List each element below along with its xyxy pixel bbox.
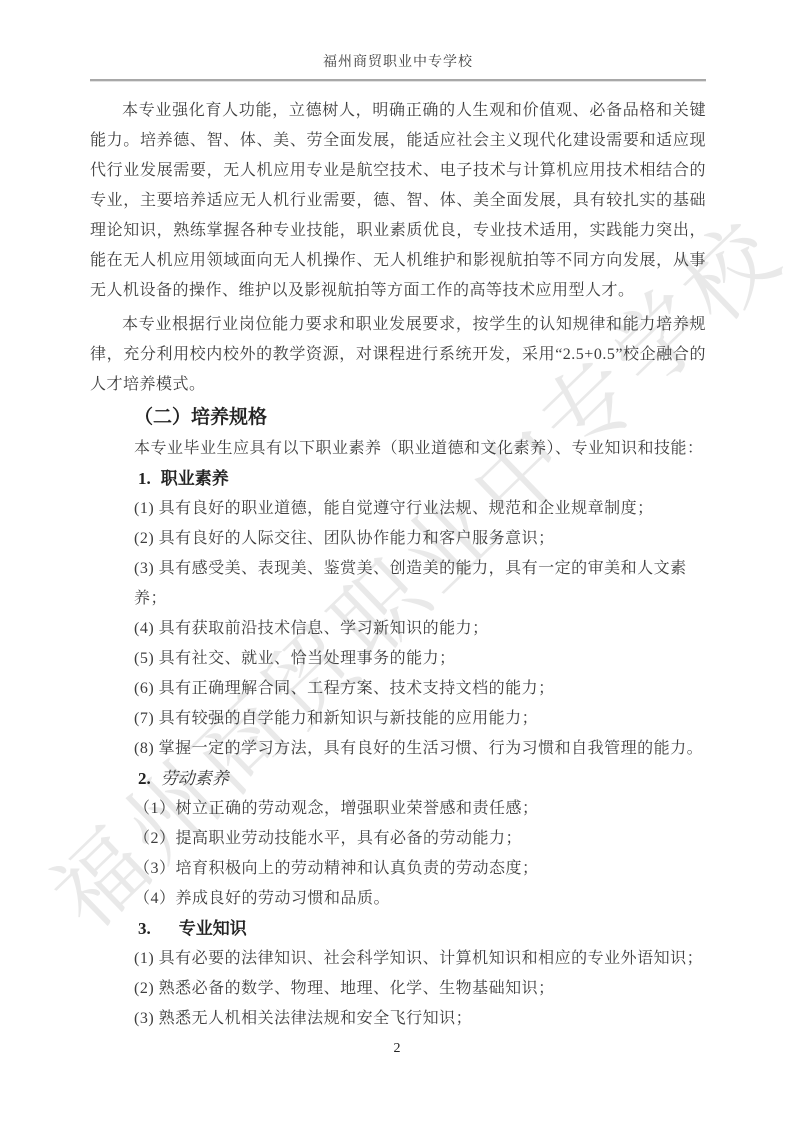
header-rule: [90, 79, 706, 82]
list-item: (2) 具有良好的人际交往、团队协作能力和客户服务意识；: [90, 524, 706, 554]
page-content: 福州商贸职业中专学校 本专业强化育人功能，立德树人，明确正确的人生观和价值观、必…: [0, 0, 794, 1034]
list-item: （4）养成良好的劳动习惯和品质。: [90, 884, 706, 914]
list-item: （1）树立正确的劳动观念，增强职业荣誉感和责任感；: [90, 794, 706, 824]
header-school-name: 福州商贸职业中专学校: [90, 54, 706, 72]
list-item: (8) 掌握一定的学习方法，具有良好的生活习惯、行为习惯和自我管理的能力。: [90, 734, 706, 764]
intro-sentence: 本专业毕业生应具有以下职业素养（职业道德和文化素养）、专业知识和技能：: [90, 434, 706, 464]
list-item: (4) 具有获取前沿技术信息、学习新知识的能力；: [90, 614, 706, 644]
list-item: (1) 具有必要的法律知识、社会科学知识、计算机知识和相应的专业外语知识；: [90, 944, 706, 974]
page-number: 2: [0, 1041, 794, 1057]
subsection-title: 劳动素养: [161, 769, 229, 788]
subsection-title: 职业素养: [161, 469, 229, 488]
list-item: (1) 具有良好的职业道德，能自觉遵守行业法规、规范和企业规章制度；: [90, 494, 706, 524]
paragraph: 本专业根据行业岗位能力要求和职业发展要求，按学生的认知规律和能力培养规律，充分利…: [90, 310, 706, 400]
list-item: (6) 具有正确理解合同、工程方案、技术支持文档的能力；: [90, 674, 706, 704]
section-heading: （二）培养规格: [90, 402, 706, 434]
subsection-heading-3: 3.专业知识: [90, 914, 706, 944]
subsection-title: 专业知识: [179, 919, 247, 938]
subsection-number: 1.: [138, 469, 151, 488]
list-item: （2）提高职业劳动技能水平，具有必备的劳动能力；: [90, 824, 706, 854]
subsection-heading-2: 2.劳动素养: [90, 764, 706, 794]
list-item: (7) 具有较强的自学能力和新知识与新技能的应用能力；: [90, 704, 706, 734]
paragraph: 本专业强化育人功能，立德树人，明确正确的人生观和价值观、必备品格和关键能力。培养…: [90, 96, 706, 306]
subsection-heading-1: 1.职业素养: [90, 464, 706, 494]
list-item: (3) 具有感受美、表现美、鉴赏美、创造美的能力，具有一定的审美和人文素养；: [90, 554, 706, 614]
list-item: （3）培育积极向上的劳动精神和认真负责的劳动态度；: [90, 854, 706, 884]
document-page: 福州商贸职业中专学校 福州商贸职业中专学校 本专业强化育人功能，立德树人，明确正…: [0, 0, 794, 1123]
list-item: (3) 熟悉无人机相关法律法规和安全飞行知识；: [90, 1004, 706, 1034]
list-item: (5) 具有社交、就业、恰当处理事务的能力；: [90, 644, 706, 674]
subsection-number: 3.: [138, 919, 151, 938]
list-item: (2) 熟悉必备的数学、物理、地理、化学、生物基础知识；: [90, 974, 706, 1004]
subsection-number: 2.: [138, 769, 151, 788]
